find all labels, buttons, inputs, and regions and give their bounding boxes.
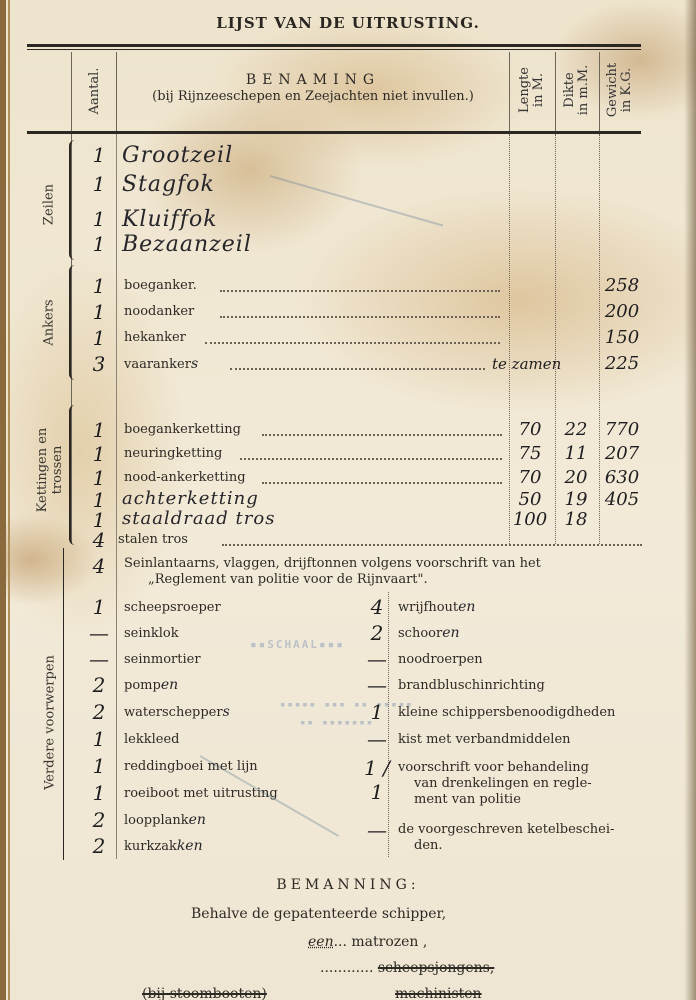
header-rule-bottom: [27, 131, 641, 134]
col-divider: [555, 52, 556, 131]
scheepsjongens-line: ............ scheepsjongens,: [320, 960, 494, 976]
item-name: voorschrift voor behandelingvan drenkeli…: [398, 760, 638, 808]
table-row: 1 nood-ankerketting 70 20 630: [0, 466, 696, 490]
item-name-printed: lekkleed: [124, 732, 179, 747]
gewicht-value: 150: [600, 326, 644, 350]
gewicht-value: 630: [600, 466, 644, 490]
dikte-line2: in m.M.: [577, 55, 591, 125]
item-name-printed: seinklok: [124, 626, 179, 641]
qty: 1: [82, 754, 116, 778]
qty: —: [362, 818, 392, 842]
matrozen-dots: ...: [334, 934, 347, 950]
item-name-printed: wrijfhout: [398, 600, 458, 615]
benaming-note: (bij Rijnzeeschepen en Zeejachten niet i…: [118, 89, 508, 104]
item-name-printed: waterschepper: [124, 705, 223, 720]
item-name-line: den.: [398, 838, 638, 854]
item-name-line: de voorgeschreven ketelbeschei-: [398, 822, 638, 838]
item-name-printed: seinmortier: [124, 652, 201, 667]
lengte-line2: in M.: [532, 55, 546, 125]
dot-leader: [220, 315, 500, 318]
table-row: 4 stalen tros: [0, 528, 696, 552]
handwritten-suffix: en: [442, 625, 459, 641]
gewicht-value: 207: [600, 442, 644, 466]
table-row: 1 neuringketting 75 11 207: [0, 442, 696, 466]
qty: 2: [82, 673, 116, 697]
item-name: kurkzakken: [124, 834, 203, 859]
qty: 2: [82, 834, 116, 858]
machinisten-label: machinisten: [395, 986, 482, 1000]
list-item: 1lekkleed: [0, 727, 696, 751]
item-name: Kluiffok: [122, 207, 218, 233]
dot-leader: [262, 433, 502, 436]
qty: 2: [362, 621, 392, 645]
qty: 1: [82, 442, 116, 466]
benaming-title: BENAMING: [118, 72, 508, 88]
column-header-dikte: Dikte in m.M.: [563, 55, 591, 125]
qty: 1: [82, 781, 116, 805]
handwritten-suffix: s: [223, 704, 230, 720]
item-name: noodroerpen: [398, 651, 483, 668]
item-name-printed: scheepsroeper: [124, 600, 221, 615]
item-name: waterscheppers: [124, 700, 230, 725]
dikte-value: 22: [554, 418, 598, 442]
qty: 3: [82, 352, 116, 376]
gewicht-value: 225: [600, 352, 644, 376]
table-row: 1 Grootzeil: [0, 143, 696, 167]
item-name: neuringketting: [124, 442, 222, 466]
item-name-printed: pomp: [124, 678, 161, 693]
item-name-printed: kleine schippersbenoodigdheden: [398, 705, 615, 720]
matrozen-line: een... matrozen ,: [308, 934, 427, 950]
machinisten-text: machinisten: [395, 986, 482, 1000]
qty: 4: [82, 554, 116, 578]
qty: —: [82, 621, 116, 645]
col-divider: [599, 52, 600, 131]
item-name: roeiboot met uitrusting: [124, 781, 278, 806]
table-row: 1 noodanker 200: [0, 300, 696, 324]
item-name: schooren: [398, 625, 460, 642]
annotation-te-zamen: te zamen: [492, 352, 561, 376]
qty: 2: [82, 700, 116, 724]
gewicht-value: 770: [600, 418, 644, 442]
item-name: Stagfok: [122, 172, 215, 198]
qty: 1: [82, 172, 116, 196]
qty: 1: [362, 700, 392, 724]
item-name: vaarankers: [124, 352, 198, 377]
qty: 1: [82, 326, 116, 350]
item-name-printed: schoor: [398, 626, 442, 641]
column-header-lengte: Lengte in M.: [518, 55, 546, 125]
col-divider: [509, 52, 510, 131]
qty: —: [362, 647, 392, 671]
item-name: loopplanken: [124, 808, 206, 833]
list-item: 1scheepsroeper: [0, 595, 696, 619]
qty: 1: [82, 466, 116, 490]
column-header-benaming: BENAMING (bij Rijnzeeschepen en Zeejacht…: [118, 72, 508, 104]
table-row: 1 boegankerketting 70 22 770: [0, 418, 696, 442]
list-item: —seinmortier: [0, 647, 696, 671]
dikte-value: 20: [554, 466, 598, 490]
matrozen-value: een: [308, 934, 334, 950]
qty: 1: [82, 727, 116, 751]
handwritten-suffix: en: [189, 812, 206, 828]
list-item: —seinklok: [0, 621, 696, 645]
qty: 1 / 1: [362, 756, 392, 804]
item-name: kleine schippersbenoodigdheden: [398, 704, 615, 721]
qty: 1: [82, 232, 116, 256]
item-name-printed: roeiboot met uitrusting: [124, 786, 278, 801]
col-divider: [116, 52, 117, 131]
gewicht-value: 200: [600, 300, 644, 324]
page-title: LIJST VAN DE UITRUSTING.: [0, 14, 696, 32]
item-name-printed: brandbluschinrichting: [398, 678, 545, 693]
item-name-printed: loopplank: [124, 813, 189, 828]
handwritten-suffix: en: [458, 599, 475, 615]
table-row: 1 hekanker 150: [0, 326, 696, 350]
item-name: seinmortier: [124, 647, 201, 672]
col-divider: [71, 52, 72, 131]
qty: —: [362, 727, 392, 751]
item-name-printed: reddingboei met lijn: [124, 759, 258, 774]
lengte-line1: Lengte: [518, 55, 532, 125]
lengte-value: 70: [508, 418, 552, 442]
qty: —: [362, 673, 392, 697]
item-name: wrijfhouten: [398, 599, 475, 616]
item-name: hekanker: [124, 326, 186, 350]
item-name: seinklok: [124, 621, 179, 646]
item-name: boeganker.: [124, 274, 197, 298]
bemanning-title: BEMANNING:: [0, 877, 696, 893]
handwritten-suffix: ken: [177, 838, 203, 854]
scheepsjongens-dots: ............: [320, 960, 373, 976]
table-row: 1 Kluiffok: [0, 207, 696, 231]
handwritten-suffix: s: [191, 356, 198, 372]
dot-leader: [240, 457, 502, 460]
dikte-line1: Dikte: [563, 55, 577, 125]
scheepsjongens-label: scheepsjongens,: [378, 960, 494, 976]
item-name: lekkleed: [124, 727, 179, 752]
item-name-line: voorschrift voor behandeling: [398, 760, 638, 776]
dot-leader: [222, 543, 642, 546]
item-name: Bezaanzeil: [122, 232, 252, 258]
table-row: 1 Stagfok: [0, 172, 696, 196]
handwritten-suffix: en: [161, 677, 178, 693]
item-name: Grootzeil: [122, 143, 233, 169]
table-row: 1 Bezaanzeil: [0, 232, 696, 256]
column-header-aantal: Aantal.: [88, 56, 102, 126]
item-name: reddingboei met lijn: [124, 754, 258, 779]
qty: 4: [82, 528, 116, 552]
signal-line1: Seinlantaarns, vlaggen, drijftonnen volg…: [124, 556, 644, 572]
signal-line2: „Reglement van politie voor de Rijnvaart…: [124, 572, 644, 588]
item-name-line: ment van politie: [398, 792, 638, 808]
item-name-printed: kurkzak: [124, 839, 177, 854]
lengte-value: 70: [508, 466, 552, 490]
item-name: brandbluschinrichting: [398, 677, 545, 694]
dot-leader: [220, 289, 500, 292]
stoombooten-label: (bij stoombooten): [142, 986, 267, 1000]
item-name: stalen tros: [118, 528, 188, 552]
signal-equipment-text: Seinlantaarns, vlaggen, drijftonnen volg…: [124, 556, 644, 588]
table-row: 3 vaarankers te zamen 225: [0, 352, 696, 376]
list-item: 2pompen: [0, 673, 696, 697]
qty: 1: [82, 595, 116, 619]
dot-leader: [205, 341, 500, 344]
dikte-value: 11: [554, 442, 598, 466]
item-name: boegankerketting: [124, 418, 241, 442]
matrozen-label: matrozen ,: [351, 934, 427, 950]
gewicht-line2: in K.G.: [620, 55, 634, 125]
header-rule-top-thin: [27, 49, 641, 50]
stoombooten-text: (bij stoombooten): [142, 986, 267, 1000]
qty: 1: [82, 274, 116, 298]
item-name: kist met verbandmiddelen: [398, 731, 571, 748]
gewicht-value: 258: [600, 274, 644, 298]
table-row: 1 boeganker. 258: [0, 274, 696, 298]
item-name-printed: vaaranker: [124, 357, 191, 372]
qty: 2: [82, 808, 116, 832]
qty: 4: [362, 595, 392, 619]
bemanning-line1: Behalve de gepatenteerde schipper,: [191, 906, 446, 922]
qty: 1: [82, 207, 116, 231]
header-rule-top: [27, 44, 641, 47]
dot-leader: [262, 481, 502, 484]
qty: —: [82, 647, 116, 671]
item-name: pompen: [124, 673, 178, 698]
column-header-gewicht: Gewicht in K.G.: [606, 55, 634, 125]
item-name-printed: kist met verbandmiddelen: [398, 732, 571, 747]
gewicht-line1: Gewicht: [606, 55, 620, 125]
qty: 1: [82, 418, 116, 442]
qty: 1: [82, 300, 116, 324]
item-name-printed: noodroerpen: [398, 652, 483, 667]
dot-leader: [230, 367, 485, 370]
lengte-value: 75: [508, 442, 552, 466]
qty: 1: [82, 143, 116, 167]
item-name: noodanker: [124, 300, 194, 324]
item-name-line: van drenkelingen en regle-: [398, 776, 638, 792]
item-name: de voorgeschreven ketelbeschei-den.: [398, 822, 638, 854]
item-name: scheepsroeper: [124, 595, 221, 620]
